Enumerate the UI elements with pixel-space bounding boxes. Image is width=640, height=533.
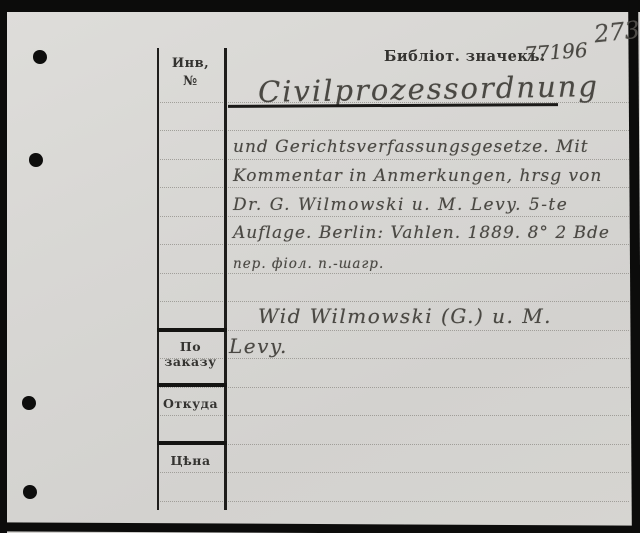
punch-hole — [23, 485, 37, 499]
ruled-line — [158, 415, 629, 416]
ruled-line — [158, 216, 629, 217]
description-line: Dr. G. Wilmowski u. M. Levy. 5-te — [233, 195, 568, 215]
cross-reference-line: Wid Wilmowski (G.) u. M. — [258, 304, 552, 328]
ruled-line — [158, 472, 629, 473]
ruled-line — [158, 301, 629, 302]
label-origin: Откуда — [157, 396, 224, 411]
scan-edge-right — [628, 0, 640, 533]
ruled-line — [158, 330, 629, 331]
label-price: Цѣна — [157, 453, 224, 468]
ruled-line — [158, 159, 629, 160]
label-order: По заказу — [157, 339, 224, 369]
punch-hole — [29, 153, 43, 167]
label-inventory: Инв, — [157, 56, 224, 71]
label-inventory-number: № — [157, 74, 224, 89]
scanned-catalog-card: 273 Инв, № По заказу Откуда Цѣна Библіот… — [0, 0, 640, 533]
ruled-line — [158, 273, 629, 274]
scan-edge-top — [0, 0, 640, 12]
description-line: Auflage. Berlin: Vahlen. 1889. 8° 2 Bde — [233, 223, 610, 243]
ruled-line — [158, 358, 629, 359]
punch-hole — [33, 50, 47, 64]
library-mark-value: 77196 — [523, 38, 588, 66]
folio-number: 273 — [593, 16, 640, 49]
scan-edge-left — [0, 0, 7, 533]
cell-separator — [157, 328, 227, 332]
title-underline — [228, 103, 558, 108]
ruled-line — [158, 187, 629, 188]
punch-hole — [22, 396, 36, 410]
cell-separator — [157, 383, 227, 387]
description-line: Kommentar in Anmerkungen, hrsg von — [233, 166, 602, 186]
cell-separator — [157, 441, 227, 445]
ruled-line — [158, 244, 629, 245]
scan-edge-bottom — [0, 522, 640, 533]
description-line: пер. фіол. п.-шагр. — [233, 256, 384, 272]
library-mark-label: Библіот. значекъ: — [384, 48, 546, 65]
ruled-line — [158, 387, 629, 388]
ruled-line — [158, 130, 629, 131]
description-line: und Gerichtsverfassungsgesetze. Mit — [233, 137, 589, 157]
ruled-line — [158, 501, 629, 502]
ruled-line — [158, 444, 629, 445]
cross-reference-line: Levy. — [229, 334, 288, 358]
